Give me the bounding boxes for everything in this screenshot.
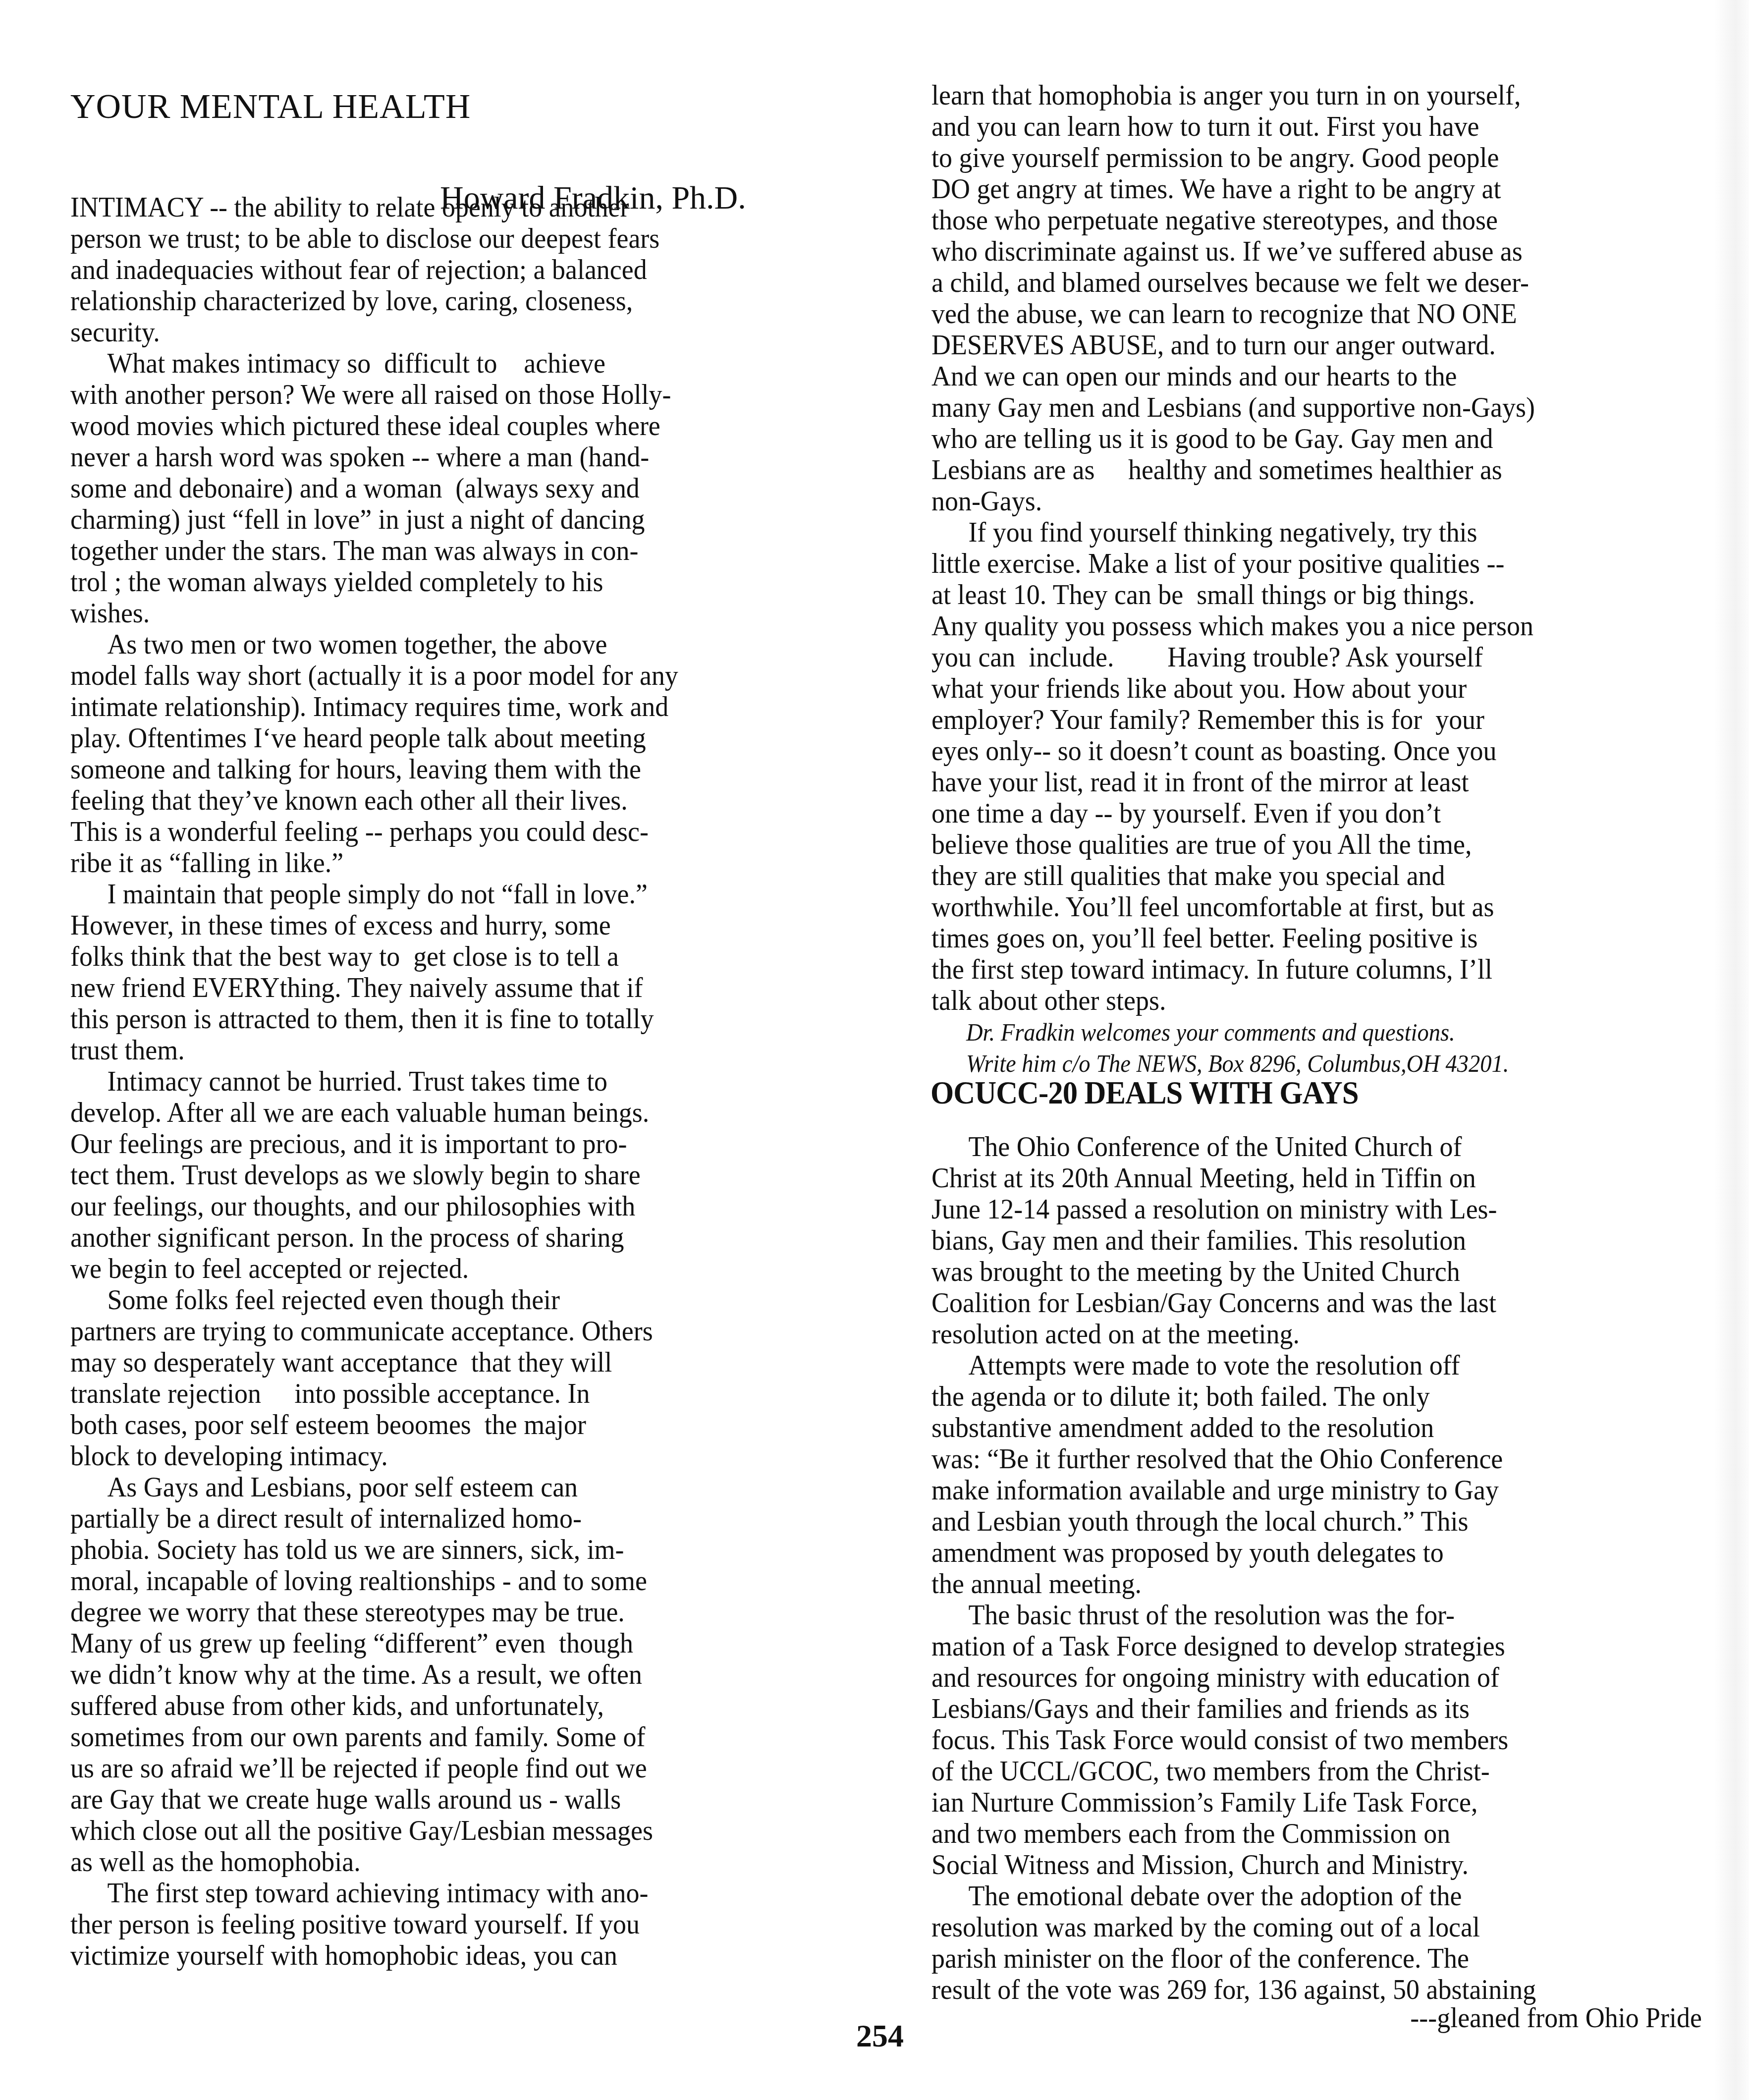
text-line: with another person? We were all raised … <box>70 379 817 410</box>
text-line: was brought to the meeting by the United… <box>931 1256 1669 1287</box>
page-number: 254 <box>856 2018 904 2054</box>
text-line: we begin to feel accepted or rejected. <box>70 1253 817 1284</box>
text-line: DESERVES ABUSE, and to turn our anger ou… <box>931 329 1669 360</box>
text-line: one time a day -- by yourself. Even if y… <box>931 797 1669 829</box>
text-line: moral, incapable of loving realtionships… <box>70 1565 817 1596</box>
text-line: they are still qualities that make you s… <box>931 860 1669 891</box>
text-line: those who perpetuate negative stereotype… <box>931 204 1669 235</box>
text-line: employer? Your family? Remember this is … <box>931 704 1669 735</box>
text-line: folks think that the best way to get clo… <box>70 940 817 972</box>
text-line: substantive amendment added to the resol… <box>931 1412 1669 1443</box>
text-line: a child, and blamed ourselves because we… <box>931 267 1669 298</box>
text-line: wishes. <box>70 597 817 628</box>
text-line: little exercise. Make a list of your pos… <box>931 548 1669 579</box>
text-line: This is a wonderful feeling -- perhaps y… <box>70 816 817 847</box>
text-line: security. <box>70 316 817 347</box>
text-line: our feelings, our thoughts, and our phil… <box>70 1190 817 1221</box>
text-line: ian Nurture Commission’s Family Life Tas… <box>931 1786 1669 1818</box>
text-line: this person is attracted to them, then i… <box>70 1003 817 1034</box>
text-line: resolution was marked by the coming out … <box>931 1911 1669 1942</box>
text-line: Intimacy cannot be hurried. Trust takes … <box>70 1065 817 1097</box>
text-line: and Lesbian youth through the local chur… <box>931 1505 1669 1537</box>
text-line: phobia. Society has told us we are sinne… <box>70 1534 817 1565</box>
text-line: believe those qualities are true of you … <box>931 829 1669 860</box>
article-source-credit: ---gleaned from Ohio Pride <box>1410 2001 1702 2034</box>
text-line: the annual meeting. <box>931 1568 1669 1599</box>
text-line: bians, Gay men and their families. This … <box>931 1224 1669 1256</box>
text-line: ther person is feeling positive toward y… <box>70 1908 817 1939</box>
text-line: who are telling us it is good to be Gay.… <box>931 423 1669 454</box>
text-line: wood movies which pictured these ideal c… <box>70 410 817 441</box>
text-line: charming) just “fell in love” in just a … <box>70 503 817 535</box>
scanned-page: YOUR MENTAL HEALTH Howard Fradkin, Ph.D.… <box>0 0 1749 2100</box>
text-line: partners are trying to communicate accep… <box>70 1315 817 1346</box>
text-line: The emotional debate over the adoption o… <box>931 1880 1669 1911</box>
text-line: degree we worry that these stereotypes m… <box>70 1596 817 1627</box>
text-line: and two members each from the Commission… <box>931 1818 1669 1849</box>
text-line: never a harsh word was spoken -- where a… <box>70 441 817 472</box>
text-line: and inadequacies without fear of rejecti… <box>70 254 817 285</box>
text-line: talk about other steps. <box>931 985 1669 1016</box>
text-line: translate rejection into possible accept… <box>70 1378 817 1409</box>
text-line: tect them. Trust develops as we slowly b… <box>70 1159 817 1190</box>
text-line: play. Oftentimes I‘ve heard people talk … <box>70 722 817 753</box>
text-line: we didn’t know why at the time. As a res… <box>70 1658 817 1690</box>
text-line: The first step toward achieving intimacy… <box>70 1877 817 1908</box>
text-line: Attempts were made to vote the resolutio… <box>931 1349 1669 1381</box>
right-column-body: learn that homophobia is anger you turn … <box>931 79 1724 1016</box>
text-line: person we trust; to be able to disclose … <box>70 222 817 254</box>
text-line: us are so afraid we’ll be rejected if pe… <box>70 1752 817 1783</box>
text-line: at least 10. They can be small things or… <box>931 579 1669 610</box>
text-line: someone and talking for hours, leaving t… <box>70 753 817 784</box>
left-column-body: INTIMACY -- the ability to relate openly… <box>70 191 873 1971</box>
text-line: If you find yourself thinking negatively… <box>931 516 1669 548</box>
article-title-ocucc: OCUCC-20 DEALS WITH GAYS <box>930 1074 1359 1112</box>
text-line: And we can open our minds and our hearts… <box>931 360 1669 391</box>
text-line: worthwhile. You’ll feel uncomfortable at… <box>931 891 1669 922</box>
text-line: may so desperately want acceptance that … <box>70 1346 817 1378</box>
text-line: June 12-14 passed a resolution on minist… <box>931 1193 1669 1224</box>
text-line: Lesbians/Gays and their families and fri… <box>931 1693 1669 1724</box>
text-line: of the UCCL/GCOC, two members from the C… <box>931 1755 1669 1786</box>
text-line: sometimes from our own parents and famil… <box>70 1721 817 1752</box>
text-line: I maintain that people simply do not “fa… <box>70 878 817 909</box>
text-line: develop. After all we are each valuable … <box>70 1097 817 1128</box>
text-line: victimize yourself with homophobic ideas… <box>70 1939 817 1971</box>
text-line: Many of us grew up feeling “different” e… <box>70 1627 817 1658</box>
text-line: feeling that they’ve known each other al… <box>70 784 817 816</box>
text-line: and resources for ongoing ministry with … <box>931 1661 1669 1693</box>
text-line: suffered abuse from other kids, and unfo… <box>70 1690 817 1721</box>
text-line: who discriminate against us. If we’ve su… <box>931 235 1669 267</box>
text-line: The Ohio Conference of the United Church… <box>931 1131 1669 1162</box>
text-line: the agenda or to dilute it; both failed.… <box>931 1381 1669 1412</box>
text-line: However, in these times of excess and hu… <box>70 909 817 940</box>
text-line: was: “Be it further resolved that the Oh… <box>931 1443 1669 1474</box>
text-line: the first step toward intimacy. In futur… <box>931 953 1669 985</box>
text-line: trol ; the woman always yielded complete… <box>70 566 817 597</box>
text-line: together under the stars. The man was al… <box>70 535 817 566</box>
text-line: what your friends like about you. How ab… <box>931 672 1669 704</box>
text-line: result of the vote was 269 for, 136 agai… <box>931 1974 1669 2005</box>
text-line: amendment was proposed by youth delegate… <box>931 1537 1669 1568</box>
text-line: Any quality you possess which makes you … <box>931 610 1669 641</box>
text-line: and you can learn how to turn it out. Fi… <box>931 111 1669 142</box>
text-line: which close out all the positive Gay/Les… <box>70 1815 817 1846</box>
text-line: as well as the homophobia. <box>70 1846 817 1877</box>
text-line: make information available and urge mini… <box>931 1474 1669 1505</box>
text-line: partially be a direct result of internal… <box>70 1502 817 1534</box>
text-line: another significant person. In the proce… <box>70 1221 817 1253</box>
text-line: mation of a Task Force designed to devel… <box>931 1630 1669 1661</box>
text-line: Coalition for Lesbian/Gay Concerns and w… <box>931 1287 1669 1318</box>
text-line: have your list, read it in front of the … <box>931 766 1669 797</box>
author-contact-note: Dr. Fradkin welcomes your comments and q… <box>966 1017 1709 1079</box>
text-line: to give yourself permission to be angry.… <box>931 142 1669 173</box>
text-line: resolution acted on at the meeting. <box>931 1318 1669 1349</box>
text-line: What makes intimacy so difficult to achi… <box>70 347 817 379</box>
text-line: DO get angry at times. We have a right t… <box>931 173 1669 204</box>
text-line: many Gay men and Lesbians (and supportiv… <box>931 391 1669 423</box>
text-line: block to developing intimacy. <box>70 1440 817 1471</box>
text-line: both cases, poor self esteem beoomes the… <box>70 1409 817 1440</box>
text-line: relationship characterized by love, cari… <box>70 285 817 316</box>
text-line: As two men or two women together, the ab… <box>70 628 817 660</box>
text-line: eyes only-- so it doesn’t count as boast… <box>931 735 1669 766</box>
text-line: learn that homophobia is anger you turn … <box>931 79 1669 111</box>
text-line: Lesbians are as healthy and sometimes he… <box>931 454 1669 485</box>
text-line: ribe it as “falling in like.” <box>70 847 817 878</box>
text-line: intimate relationship). Intimacy require… <box>70 691 817 722</box>
text-line: As Gays and Lesbians, poor self esteem c… <box>70 1471 817 1502</box>
article-title-mental-health: YOUR MENTAL HEALTH <box>70 87 471 127</box>
text-line: Social Witness and Mission, Church and M… <box>931 1849 1669 1880</box>
text-line: are Gay that we create huge walls around… <box>70 1783 817 1815</box>
text-line: Our feelings are precious, and it is imp… <box>70 1128 817 1159</box>
text-line: you can include. Having trouble? Ask you… <box>931 641 1669 672</box>
text-line: some and debonaire) and a woman (always … <box>70 472 817 503</box>
text-line: Some folks feel rejected even though the… <box>70 1284 817 1315</box>
text-line: ved the abuse, we can learn to recognize… <box>931 298 1669 329</box>
text-line: The basic thrust of the resolution was t… <box>931 1599 1669 1630</box>
text-line: non-Gays. <box>931 485 1669 516</box>
text-line: model falls way short (actually it is a … <box>70 660 817 691</box>
text-line: parish minister on the floor of the conf… <box>931 1942 1669 1974</box>
text-line: focus. This Task Force would consist of … <box>931 1724 1669 1755</box>
text-line: INTIMACY -- the ability to relate openly… <box>70 191 817 222</box>
text-line: new friend EVERYthing. They naively assu… <box>70 972 817 1003</box>
note-line: Dr. Fradkin welcomes your comments and q… <box>966 1017 1657 1048</box>
ocucc-article-body: The Ohio Conference of the United Church… <box>931 1131 1724 2005</box>
text-line: Christ at its 20th Annual Meeting, held … <box>931 1162 1669 1193</box>
text-line: times goes on, you’ll feel better. Feeli… <box>931 922 1669 953</box>
text-line: trust them. <box>70 1034 817 1065</box>
